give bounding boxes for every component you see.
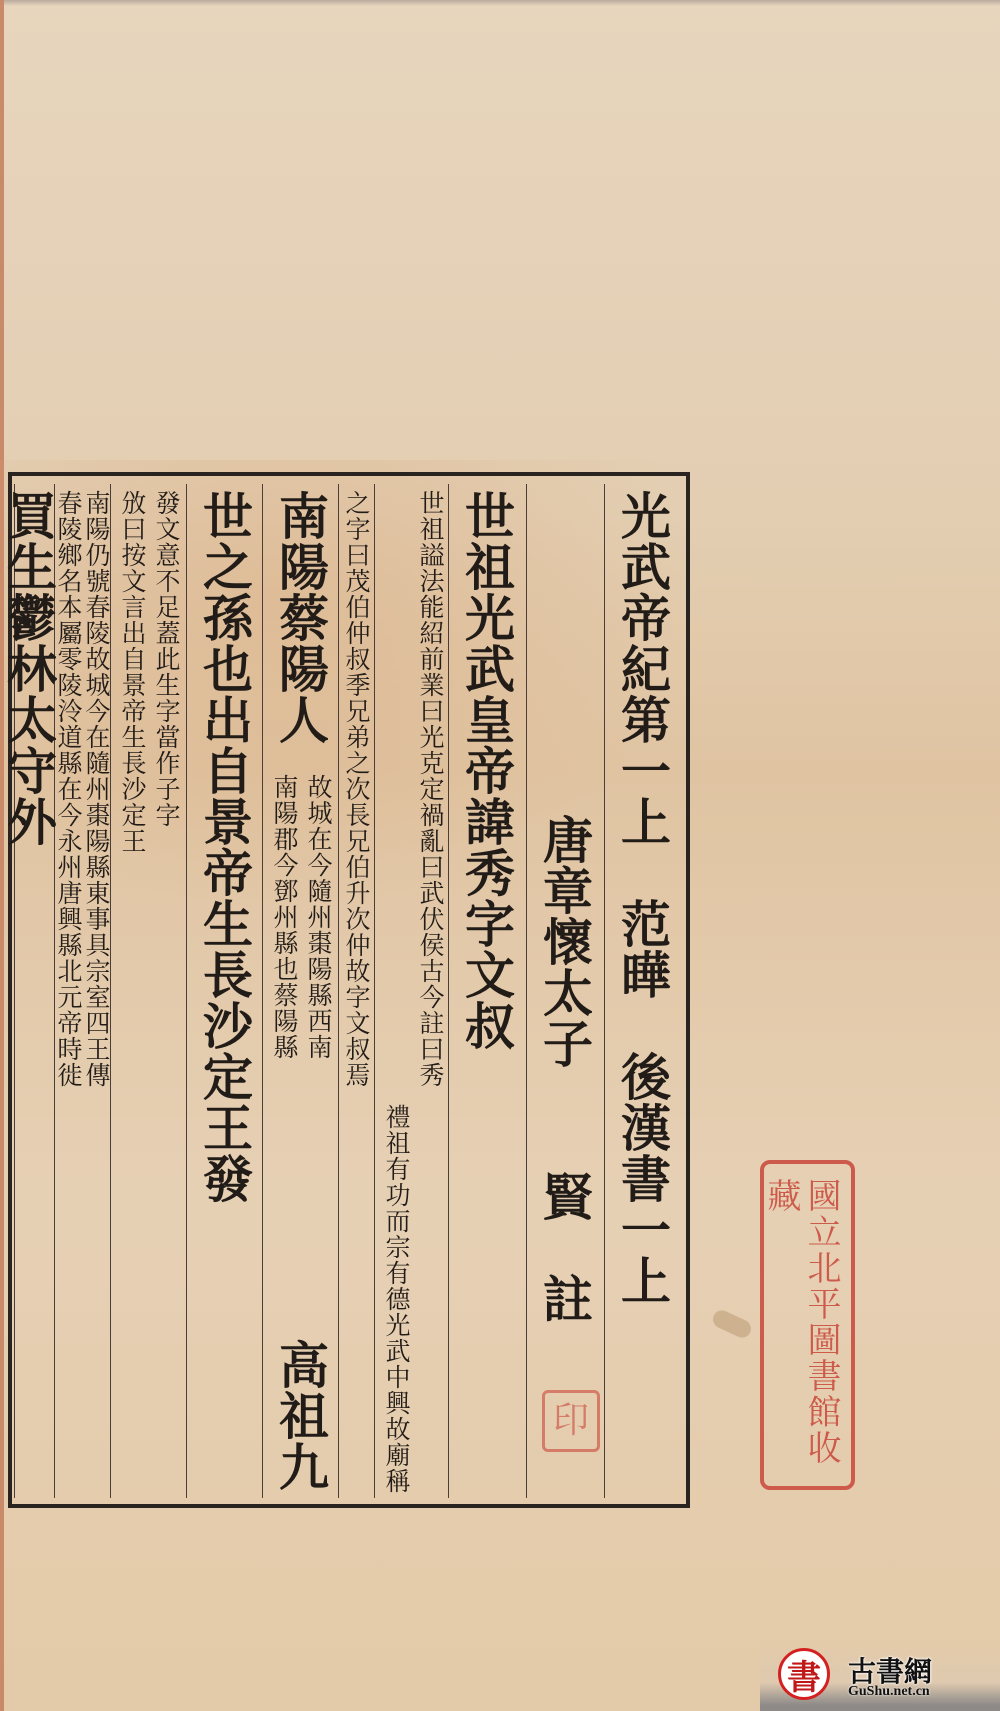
logo-char: 書 [787,1650,821,1699]
commentator-text: 唐章懷太子 賢 註 [536,814,592,1324]
page-top-shadow [0,0,1000,6]
main-text: 高祖九 [272,1339,328,1492]
paper-smudge [710,1307,754,1340]
column-3-notes-b: 之字曰茂伯仲叔季兄弟之次長兄伯升次仲故字文叔焉 [338,484,374,1498]
site-watermark: 書 古書網 GuShu.net.cn [760,1640,1000,1711]
note-line: 南陽郡今鄧州縣也蔡陽縣 [270,774,298,1060]
column-commentator: 唐章懷太子 賢 註 [526,484,604,1498]
library-seal: 國立北平圖書館收藏 [760,1160,855,1490]
gushu-logo-icon: 書 [778,1648,830,1700]
small-seal-text: 印 [545,1393,597,1449]
column-3-notes: 禮祖有功而宗有德光武中興故廟稱 世祖謚法能紹前業曰光克定禍亂曰武伏侯古今註曰秀 [374,484,448,1498]
left-column-group [14,484,254,1498]
note-line: 世祖謚法能紹前業曰光克定禍亂曰武伏侯古今註曰秀 [416,490,444,1088]
main-text: 世祖光武皇帝諱秀字文叔 [458,490,514,1051]
title-text: 光武帝紀第一上 范曄 後漢書一上 [614,490,670,1306]
note-line: 故城在今隨州棗陽縣西南 [304,774,332,1060]
main-text: 南陽蔡陽人 [272,490,328,745]
small-seal: 印 [542,1390,600,1452]
seal-text: 國立北平圖書館收藏 [761,1178,841,1486]
note-line: 之字曰茂伯仲叔季兄弟之次長兄伯升次仲故字文叔焉 [342,490,370,1088]
note-line: 禮祖有功而宗有德光武中興故廟稱 [382,1104,410,1494]
watermark-url: GuShu.net.cn [848,1684,930,1700]
column-4: 南陽蔡陽人 南陽郡今鄧州縣也蔡陽縣 故城在今隨州棗陽縣西南 高祖九 [262,484,338,1498]
column-3: 世祖光武皇帝諱秀字文叔 [448,484,526,1498]
column-title: 光武帝紀第一上 范曄 後漢書一上 [604,484,682,1498]
